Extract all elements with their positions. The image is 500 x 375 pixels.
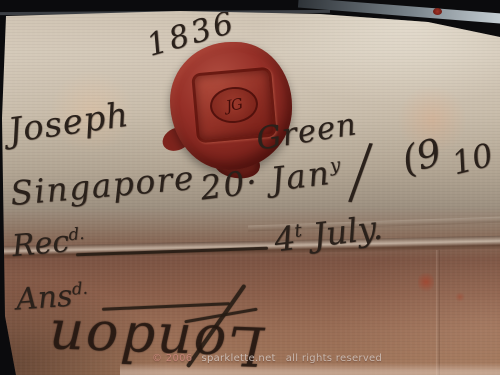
handwritten-place: Singapore (9, 158, 197, 213)
watermark-site: sparklette.net (201, 353, 275, 364)
watermark-rights: all rights reserved (286, 353, 382, 364)
postal-rate-mark-left: (9 (397, 130, 446, 182)
watermark-copyright: © 2006 (152, 353, 192, 364)
fold-crease-vertical (436, 250, 440, 375)
show-through-writing: London (0, 305, 265, 375)
sent-date-superscript: y (329, 154, 344, 176)
rate-slash-mark: / (351, 127, 370, 215)
seal-monogram: JG (224, 95, 243, 116)
answered-superscript: d. (71, 279, 88, 299)
watermark: © 2006sparklette.netall rights reserved (152, 353, 382, 364)
postal-rate-mark-right: 10 (448, 136, 497, 183)
received-label: Rec (11, 224, 71, 264)
letter-photo: 1836 JG Joseph Green / (9 10 Singapore 2… (0, 0, 500, 375)
received-superscript: d. (68, 224, 85, 244)
red-stain (418, 270, 434, 294)
received-docket: Recd. (11, 223, 87, 264)
letter-paper: 1836 JG Joseph Green / (9 10 Singapore 2… (0, 0, 500, 375)
seal-monogram-oval: JG (209, 85, 260, 125)
red-stain-small (455, 292, 465, 302)
wax-speck (433, 8, 442, 15)
handwritten-first-name: Joseph (6, 95, 132, 151)
received-date: 4t July. (272, 208, 385, 260)
received-day-superscript: t (293, 220, 303, 242)
